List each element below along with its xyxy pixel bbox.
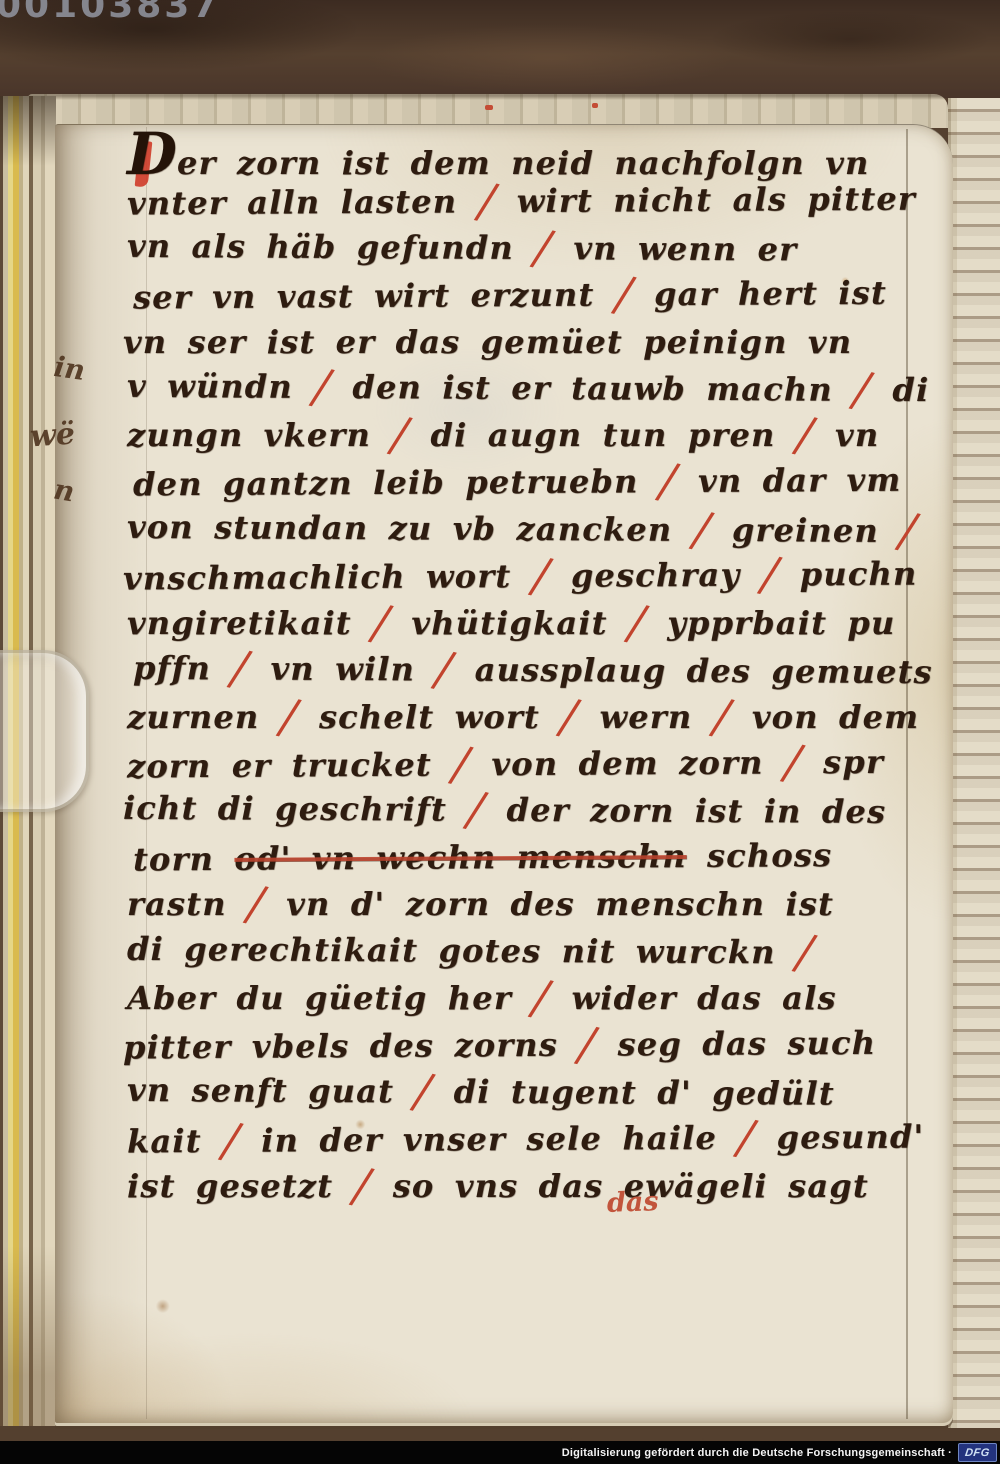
- dfg-logo-text: DFG: [964, 1447, 990, 1459]
- manuscript-line: Aber du güetig her / wider das als: [127, 975, 933, 1022]
- image-id-watermark: 00103837: [0, 0, 220, 26]
- manuscript-line: vnter alln lasten / wirt nicht als pitte…: [127, 175, 933, 227]
- manuscript-line: Der zorn ist dem neid nachfolgn vn: [127, 131, 933, 178]
- manuscript-line: von stundan zu vb zancken / greinen /: [127, 504, 933, 555]
- credit-text: Digitalisierung gefördert durch die Deut…: [562, 1447, 952, 1459]
- manuscript-line: di gerechtikait gotes nit wurckn /: [127, 926, 933, 977]
- manuscript-line: ser vn vast wirt erzunt / gar hert ist: [133, 269, 933, 321]
- manuscript-line: kait / in der vnser sele haile / gesund': [127, 1113, 933, 1165]
- text-block: Der zorn ist dem neid nachfolgn vnvnter …: [127, 131, 933, 1209]
- footer-credit-bar: Digitalisierung gefördert durch die Deut…: [0, 1441, 1000, 1464]
- manuscript-line: den gantzn leib petruebn / vn dar vm: [133, 457, 933, 509]
- next-page-edge: [948, 98, 1000, 1428]
- manuscript-line: icht di geschrift / der zorn ist in des: [123, 785, 933, 836]
- manuscript-page: Der zorn ist dem neid nachfolgn vnvnter …: [55, 124, 953, 1423]
- manuscript-line: vnschmachlich wort / geschray / puchn: [123, 551, 933, 603]
- struck-text: od' vn wechn menschn: [234, 837, 686, 878]
- manuscript-line: vn als häb gefundn / vn wenn er: [127, 223, 933, 274]
- manuscript-line: vn senft guat / di tugent d' gedült: [127, 1067, 933, 1118]
- manuscript-line: vn ser ist er das gemüet peinign vn: [123, 319, 933, 366]
- manuscript-line: zorn er trucket / von dem zorn / spr: [127, 738, 933, 790]
- marginal-note-fragment: wë: [29, 416, 76, 454]
- red-speck: [485, 105, 493, 110]
- manuscript-line: pitter vbels des zorns / seg das such: [123, 1019, 933, 1071]
- manuscript-line: zurnen / schelt wort / wern / von dem: [127, 694, 933, 741]
- manuscript-line: pffn / vn wiln / aussplaug des gemuets: [133, 645, 933, 696]
- dfg-logo: DFG: [958, 1443, 997, 1462]
- catchword: das: [606, 1186, 659, 1219]
- page-holder-clip: [0, 650, 89, 812]
- manuscript-line: zungn vkern / di augn tun pren / vn: [127, 412, 933, 459]
- manuscript-line: ist gesetzt / so vns das ewägeli sagt: [127, 1163, 933, 1210]
- red-speck: [592, 103, 598, 108]
- marginal-note-fragment: in: [52, 350, 87, 387]
- manuscript-line: torn od' vn wechn menschn schoss: [133, 832, 933, 884]
